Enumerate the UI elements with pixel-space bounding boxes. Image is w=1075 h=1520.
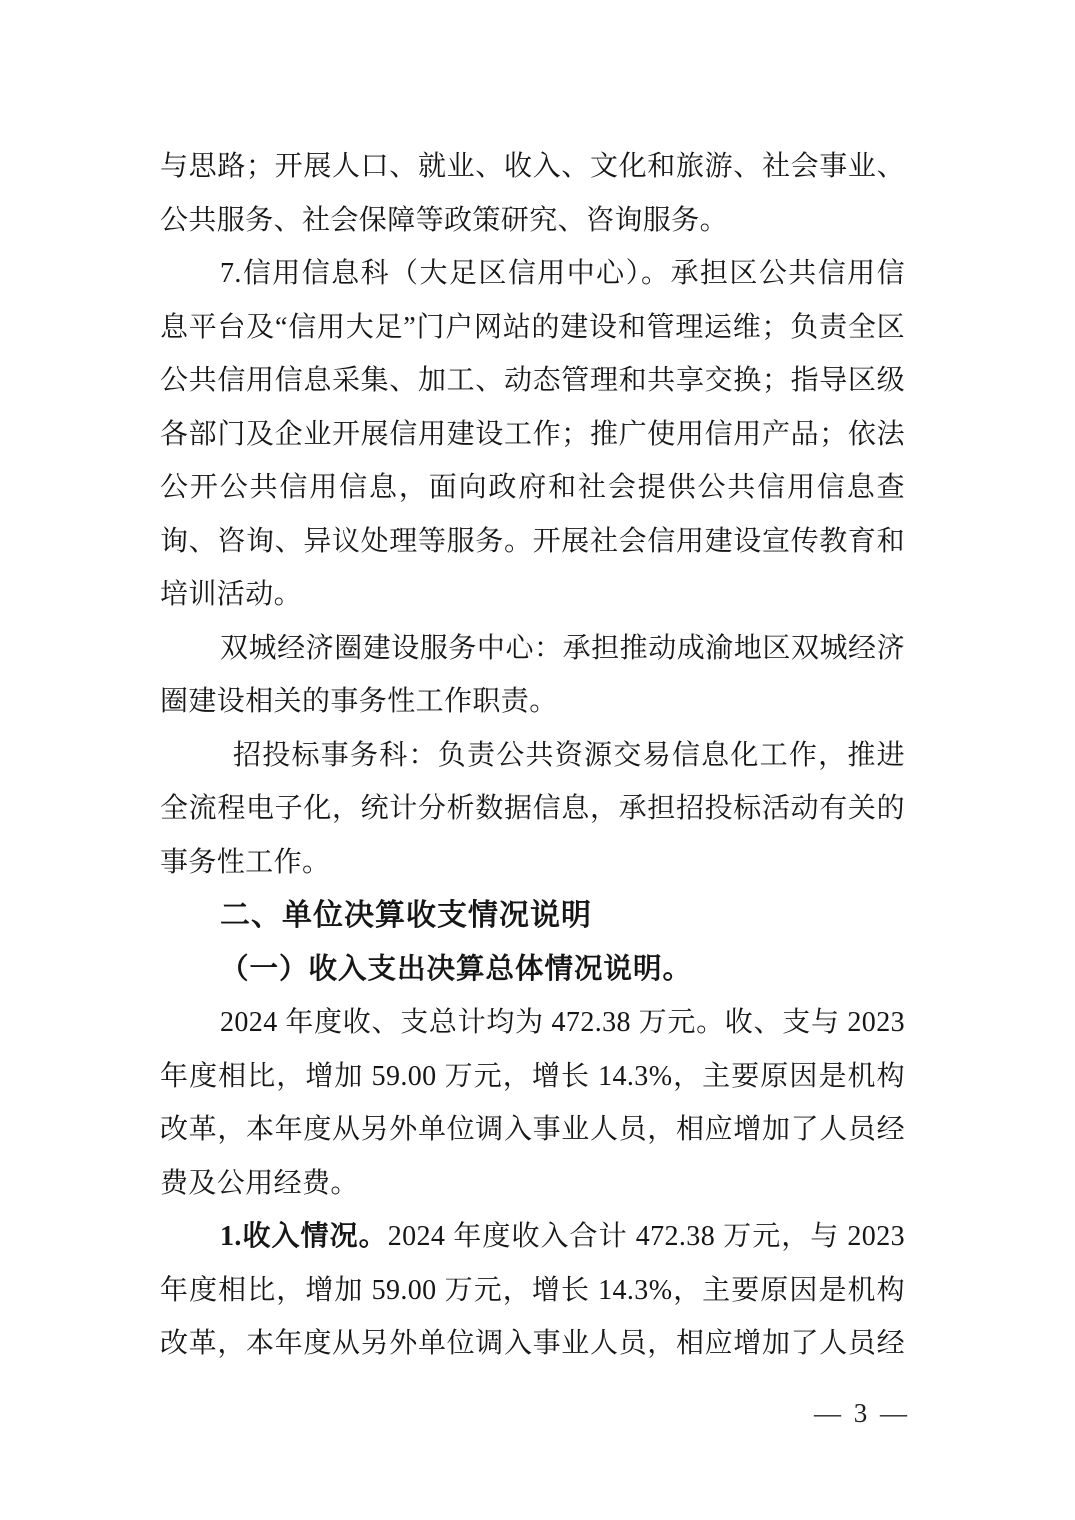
income-bold-label: 1.收入情况。 [220,1221,388,1252]
text-line: 2024 年度收、支总计均为 472.38 万元。收、支与 2023 [160,996,905,1050]
page-number: — 3 — [814,1398,910,1429]
text-line: 事务性工作。 [160,836,905,890]
text-block: 与思路；开展人口、就业、收入、文化和旅游、社会事业、 公共服务、社会保障等政策研… [160,140,905,1371]
text-line: 公开公共信用信息，面向政府和社会提供公共信用信息查 [160,461,905,515]
text-line: 7.信用信息科（大足区信用中心）。承担区公共信用信 [160,247,905,301]
text-line: 公共信用信息采集、加工、动态管理和共享交换；指导区级 [160,354,905,408]
text-line: 询、咨询、异议处理等服务。开展社会信用建设宣传教育和 [160,515,905,569]
subsection-heading: （一）收入支出决算总体情况说明。 [160,943,905,997]
section-heading: 二、单位决算收支情况说明 [160,889,905,943]
text-line: 息平台及“信用大足”门户网站的建设和管理运维；负责全区 [160,301,905,355]
text-line: 与思路；开展人口、就业、收入、文化和旅游、社会事业、 [160,140,905,194]
document-page: 与思路；开展人口、就业、收入、文化和旅游、社会事业、 公共服务、社会保障等政策研… [0,0,1075,1520]
text-line: 全流程电子化，统计分析数据信息，承担招投标活动有关的 [160,782,905,836]
text-line: 培训活动。 [160,568,905,622]
text-line: 双城经济圈建设服务中心：承担推动成渝地区双城经济 [160,622,905,676]
text-line: 年度相比，增加 59.00 万元，增长 14.3%，主要原因是机构 [160,1264,905,1318]
text-line: 年度相比，增加 59.00 万元，增长 14.3%，主要原因是机构 [160,1050,905,1104]
text-line: 圈建设相关的事务性工作职责。 [160,675,905,729]
text-line: 改革，本年度从另外单位调入事业人员，相应增加了人员经 [160,1103,905,1157]
text-line: 改革，本年度从另外单位调入事业人员，相应增加了人员经 [160,1317,905,1371]
text-line: 1.收入情况。2024 年度收入合计 472.38 万元，与 2023 [160,1210,905,1264]
text-line: 费及公用经费。 [160,1157,905,1211]
text-line: 各部门及企业开展信用建设工作；推广使用信用产品；依法 [160,408,905,462]
text-line: 招投标事务科：负责公共资源交易信息化工作，推进 [160,729,905,783]
text-run: 2024 年度收入合计 472.38 万元，与 2023 [388,1221,905,1252]
text-line: 公共服务、社会保障等政策研究、咨询服务。 [160,194,905,248]
